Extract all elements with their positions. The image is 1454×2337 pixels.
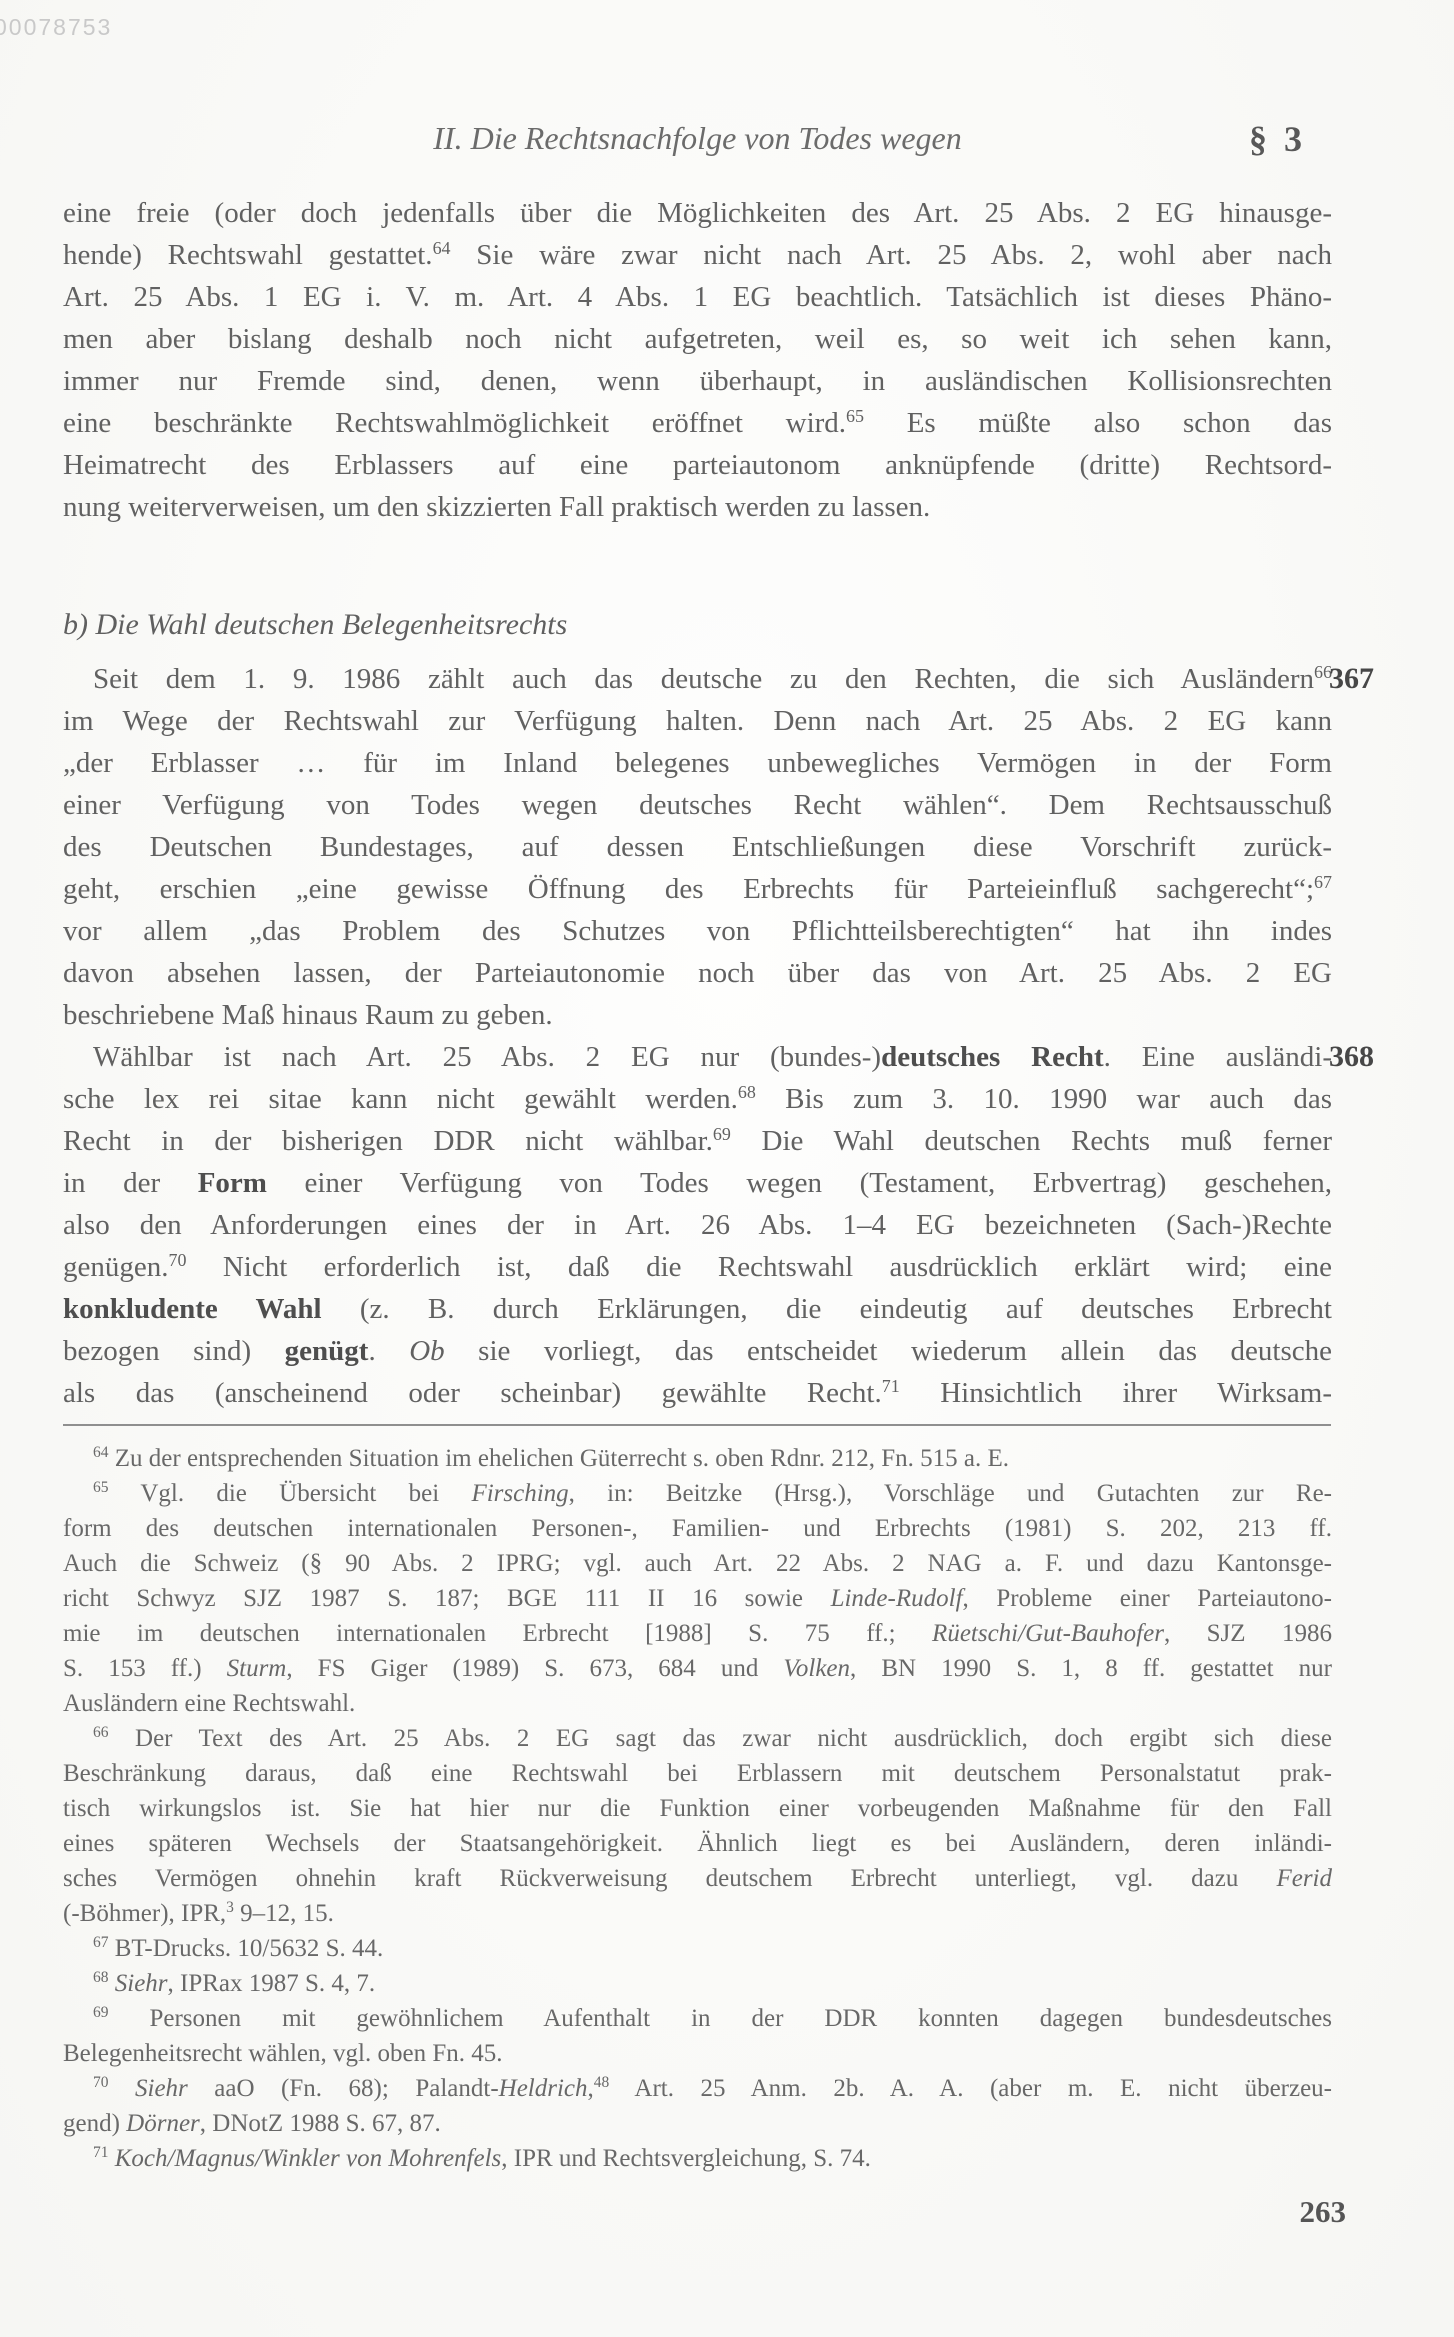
text-line: 65 Vgl. die Übersicht bei Firsching, in:… <box>63 1476 1332 1511</box>
scan-id-stamp: 00078753 <box>0 14 112 41</box>
text-segment: Firsching <box>471 1480 568 1507</box>
footnotes-block: 64 Zu der entsprechenden Situation im eh… <box>63 1441 1332 2176</box>
text-segment: tisch wirkungslos ist. Sie hat hier nur … <box>63 1795 1332 1822</box>
subsection-heading: b) Die Wahl deutschen Belegenheitsrechts <box>63 604 1332 646</box>
text-segment: . Eine ausländi- <box>1104 1041 1332 1073</box>
text-segment: geht, erschien „eine gewisse Öffnung des… <box>63 873 1314 905</box>
footnote-ref: 71 <box>882 1376 900 1396</box>
text-line: Art. 25 Abs. 1 EG i. V. m. Art. 4 Abs. 1… <box>63 276 1332 318</box>
text-segment: Ob <box>409 1335 444 1367</box>
footnote-separator <box>63 1424 1331 1426</box>
text-segment: Ferid <box>1276 1865 1332 1892</box>
footnote-ref: 68 <box>93 1969 109 1986</box>
text-line: also den Anforderungen eines der in Art.… <box>63 1204 1332 1246</box>
text-line: sche lex rei sitae kann nicht gewählt we… <box>63 1078 1332 1120</box>
text-segment: sie vorliegt, das entscheidet wiederum a… <box>445 1335 1332 1367</box>
text-segment: Volken <box>783 1655 850 1682</box>
text-segment: Nicht erforderlich ist, daß die Rechtswa… <box>186 1251 1332 1283</box>
text-line: Auch die Schweiz (§ 90 Abs. 2 IPRG; vgl.… <box>63 1546 1332 1581</box>
text-segment: Wählbar ist nach Art. 25 Abs. 2 EG nur (… <box>93 1041 881 1073</box>
text-segment: Form <box>198 1167 267 1199</box>
page-number: 263 <box>63 2194 1346 2230</box>
margin-number: 368 <box>1329 1036 1449 1078</box>
text-segment: mie im deutschen internationalen Erbrech… <box>63 1620 932 1647</box>
text-line: 64 Zu der entsprechenden Situation im eh… <box>63 1441 1332 1476</box>
text-line: in der Form einer Verfügung von Todes we… <box>63 1162 1332 1204</box>
text-segment: Art. 25 Anm. 2b. A. A. (aber m. E. nicht… <box>609 2075 1332 2102</box>
text-segment: Art. 25 Abs. 1 EG i. V. m. Art. 4 Abs. 1… <box>63 281 1332 313</box>
text-segment: des Deutschen Bundestages, auf dessen En… <box>63 831 1332 863</box>
text-line: 69 Personen mit gewöhnlichem Aufenthalt … <box>63 2001 1332 2036</box>
text-segment: eine beschränkte Rechtswahlmöglichkeit e… <box>63 407 846 439</box>
text-segment: aaO (Fn. 68); Palandt- <box>188 2075 499 2102</box>
footnote-ref: 66 <box>93 1724 109 1741</box>
text-segment: Ausländern eine Rechtswahl. <box>63 1690 355 1717</box>
text-segment: sches Vermögen ohnehin kraft Rückverweis… <box>63 1865 1276 1892</box>
text-segment: , IPRax 1987 S. 4, 7. <box>168 1970 376 1997</box>
footnote-ref: 48 <box>594 2074 610 2091</box>
text-line: als das (anscheinend oder scheinbar) gew… <box>63 1372 1332 1414</box>
text-segment: im Wege der Rechtswahl zur Verfügung hal… <box>63 705 1332 737</box>
text-segment: eines späteren Wechsels der Staatsangehö… <box>63 1830 1332 1857</box>
text-segment: „der Erblasser … für im Inland belegenes… <box>63 747 1332 779</box>
text-line: (-Böhmer), IPR,3 9–12, 15. <box>63 1896 1332 1931</box>
text-line: Ausländern eine Rechtswahl. <box>63 1686 1332 1721</box>
text-line: tisch wirkungslos ist. Sie hat hier nur … <box>63 1791 1332 1826</box>
text-segment: , IPR und Rechtsvergleichung, S. 74. <box>501 2145 871 2172</box>
running-title: II. Die Rechtsnachfolge von Todes wegen <box>63 120 1332 157</box>
text-line: Seit dem 1. 9. 1986 zählt auch das deuts… <box>63 658 1332 700</box>
text-segment: Belegenheitsrecht wählen, vgl. oben Fn. … <box>63 2040 502 2067</box>
running-header: II. Die Rechtsnachfolge von Todes wegen … <box>63 120 1332 164</box>
text-line: richt Schwyz SJZ 1987 S. 187; BGE 111 II… <box>63 1581 1332 1616</box>
text-line: davon absehen lassen, der Parteiautonomi… <box>63 952 1332 994</box>
text-segment: Heimatrecht des Erblassers auf eine part… <box>63 449 1332 481</box>
text-segment: eine freie (oder doch jedenfalls über di… <box>63 197 1332 229</box>
text-line: sches Vermögen ohnehin kraft Rückverweis… <box>63 1861 1332 1896</box>
text-line: „der Erblasser … für im Inland belegenes… <box>63 742 1332 784</box>
text-line: S. 153 ff.) Sturm, FS Giger (1989) S. 67… <box>63 1651 1332 1686</box>
text-segment: hende) Rechtswahl gestattet. <box>63 239 433 271</box>
text-segment: Der Text des Art. 25 Abs. 2 EG sagt das … <box>109 1725 1333 1752</box>
scanned-book-page: 00078753 II. Die Rechtsnachfolge von Tod… <box>0 0 1454 2337</box>
text-segment: Beschränkung daraus, daß eine Rechtswahl… <box>63 1760 1332 1787</box>
text-segment: Zu der entsprechenden Situation im eheli… <box>109 1445 1009 1472</box>
text-segment: genügt <box>285 1335 369 1367</box>
text-segment: S. 153 ff.) <box>63 1655 227 1682</box>
text-line: im Wege der Rechtswahl zur Verfügung hal… <box>63 700 1332 742</box>
body-text-block: eine freie (oder doch jedenfalls über di… <box>63 192 1332 1414</box>
text-segment: , DNotZ 1988 S. 67, 87. <box>200 2110 441 2137</box>
text-segment: Personen mit gewöhnlichem Aufenthalt in … <box>109 2005 1333 2032</box>
text-line: Belegenheitsrecht wählen, vgl. oben Fn. … <box>63 2036 1332 2071</box>
text-segment: deutsches Recht <box>881 1041 1104 1073</box>
footnote-ref: 69 <box>93 2004 109 2021</box>
text-line: Beschränkung daraus, daß eine Rechtswahl… <box>63 1756 1332 1791</box>
text-segment <box>109 2075 136 2102</box>
text-segment: , FS Giger (1989) S. 673, 684 und <box>286 1655 783 1682</box>
text-line: Recht in der bisherigen DDR nicht wählba… <box>63 1120 1332 1162</box>
text-segment: Sturm <box>227 1655 287 1682</box>
text-segment: Siehr <box>115 1970 168 1997</box>
text-line: genügen.70 Nicht erforderlich ist, daß d… <box>63 1246 1332 1288</box>
margin-number: 367 <box>1329 658 1449 700</box>
text-line: eine freie (oder doch jedenfalls über di… <box>63 192 1332 234</box>
text-line: immer nur Fremde sind, denen, wenn überh… <box>63 360 1332 402</box>
footnote-ref: 67 <box>1314 872 1332 892</box>
text-line: Wählbar ist nach Art. 25 Abs. 2 EG nur (… <box>63 1036 1332 1078</box>
text-segment: als das (anscheinend oder scheinbar) gew… <box>63 1377 882 1409</box>
footnote-ref: 69 <box>713 1124 731 1144</box>
footnote-ref: 64 <box>93 1444 109 1461</box>
text-segment: konkludente Wahl <box>63 1293 322 1325</box>
text-segment: . <box>368 1335 409 1367</box>
text-line: men aber bislang deshalb noch nicht aufg… <box>63 318 1332 360</box>
text-segment: Heldrich <box>499 2075 588 2102</box>
footnote-ref: 65 <box>93 1479 109 1496</box>
text-line: geht, erschien „eine gewisse Öffnung des… <box>63 868 1332 910</box>
text-line: beschriebene Maß hinaus Raum zu geben. <box>63 994 1332 1036</box>
footnote-ref: 3 <box>226 1899 234 1916</box>
footnote-ref: 70 <box>169 1250 187 1270</box>
text-line: 67 BT-Drucks. 10/5632 S. 44. <box>63 1931 1332 1966</box>
text-segment: , Probleme einer Parteiautono- <box>963 1585 1332 1612</box>
text-segment: men aber bislang deshalb noch nicht aufg… <box>63 323 1332 355</box>
text-segment: bezogen sind) <box>63 1335 285 1367</box>
text-segment: (z. B. durch Erklärungen, die eindeutig … <box>322 1293 1332 1325</box>
text-segment: nung weiterverweisen, um den skizzierten… <box>63 491 930 523</box>
text-segment: , <box>588 2075 594 2102</box>
text-segment: Hinsichtlich ihrer Wirksam- <box>900 1377 1332 1409</box>
text-segment: Siehr <box>135 2075 188 2102</box>
text-segment: einer Verfügung von Todes wegen (Testame… <box>267 1167 1332 1199</box>
text-segment: , in: Beitzke (Hrsg.), Vorschläge und Gu… <box>569 1480 1332 1507</box>
text-segment: einer Verfügung von Todes wegen deutsche… <box>63 789 1332 821</box>
text-line: eine beschränkte Rechtswahlmöglichkeit e… <box>63 402 1332 444</box>
text-segment: Bis zum 3. 10. 1990 war auch das <box>756 1083 1332 1115</box>
text-line: 71 Koch/Magnus/Winkler von Mohrenfels, I… <box>63 2141 1332 2176</box>
text-segment: (-Böhmer), IPR, <box>63 1900 226 1927</box>
text-line: 66 Der Text des Art. 25 Abs. 2 EG sagt d… <box>63 1721 1332 1756</box>
text-line: gend) Dörner, DNotZ 1988 S. 67, 87. <box>63 2106 1332 2141</box>
text-segment: Vgl. die Übersicht bei <box>109 1480 472 1507</box>
text-segment: Seit dem 1. 9. 1986 zählt auch das deuts… <box>93 663 1314 695</box>
text-segment: sche lex rei sitae kann nicht gewählt we… <box>63 1083 738 1115</box>
text-line: Heimatrecht des Erblassers auf eine part… <box>63 444 1332 486</box>
footnote-ref: 70 <box>93 2074 109 2091</box>
section-mark: § 3 <box>1249 118 1306 160</box>
text-segment: , SJZ 1986 <box>1164 1620 1332 1647</box>
text-line: einer Verfügung von Todes wegen deutsche… <box>63 784 1332 826</box>
text-line: konkludente Wahl (z. B. durch Erklärunge… <box>63 1288 1332 1330</box>
text-segment: davon absehen lassen, der Parteiautonomi… <box>63 957 1332 989</box>
text-segment: Es müßte also schon das <box>864 407 1332 439</box>
text-segment: , BN 1990 S. 1, 8 ff. gestattet nur <box>850 1655 1332 1682</box>
text-segment: Auch die Schweiz (§ 90 Abs. 2 IPRG; vgl.… <box>63 1550 1332 1577</box>
text-line: hende) Rechtswahl gestattet.64 Sie wäre … <box>63 234 1332 276</box>
text-line: 68 Siehr, IPRax 1987 S. 4, 7. <box>63 1966 1332 2001</box>
footnote-ref: 71 <box>93 2144 109 2161</box>
text-line: vor allem „das Problem des Schutzes von … <box>63 910 1332 952</box>
text-segment: Rüetschi/Gut-Bauhofer <box>932 1620 1164 1647</box>
text-segment: Dörner <box>126 2110 200 2137</box>
text-segment: form des deutschen internationalen Perso… <box>63 1515 1332 1542</box>
text-segment: Koch/Magnus/Winkler von Mohrenfels <box>115 2145 502 2172</box>
text-segment: also den Anforderungen eines der in Art.… <box>63 1209 1332 1241</box>
text-segment: in der <box>63 1167 198 1199</box>
footnote-ref: 68 <box>738 1082 756 1102</box>
text-segment: richt Schwyz SJZ 1987 S. 187; BGE 111 II… <box>63 1585 831 1612</box>
text-segment: Sie wäre zwar nicht nach Art. 25 Abs. 2,… <box>451 239 1332 271</box>
text-segment: Die Wahl deutschen Rechts muß ferner <box>731 1125 1332 1157</box>
text-line: mie im deutschen internationalen Erbrech… <box>63 1616 1332 1651</box>
text-segment: immer nur Fremde sind, denen, wenn überh… <box>63 365 1332 397</box>
text-segment: vor allem „das Problem des Schutzes von … <box>63 915 1332 947</box>
text-line: form des deutschen internationalen Perso… <box>63 1511 1332 1546</box>
text-line: bezogen sind) genügt. Ob sie vorliegt, d… <box>63 1330 1332 1372</box>
text-segment: 9–12, 15. <box>234 1900 334 1927</box>
footnote-ref: 64 <box>433 238 451 258</box>
text-segment: BT-Drucks. 10/5632 S. 44. <box>109 1935 384 1962</box>
text-line: des Deutschen Bundestages, auf dessen En… <box>63 826 1332 868</box>
footnote-ref: 65 <box>846 406 864 426</box>
text-segment: Recht in der bisherigen DDR nicht wählba… <box>63 1125 713 1157</box>
footnote-ref: 67 <box>93 1934 109 1951</box>
text-segment: genügen. <box>63 1251 169 1283</box>
text-line: nung weiterverweisen, um den skizzierten… <box>63 486 1332 528</box>
text-segment: gend) <box>63 2110 126 2137</box>
text-line: 70 Siehr aaO (Fn. 68); Palandt-Heldrich,… <box>63 2071 1332 2106</box>
text-segment: Linde-Rudolf <box>831 1585 963 1612</box>
text-segment: beschriebene Maß hinaus Raum zu geben. <box>63 999 553 1031</box>
text-line: eines späteren Wechsels der Staatsangehö… <box>63 1826 1332 1861</box>
